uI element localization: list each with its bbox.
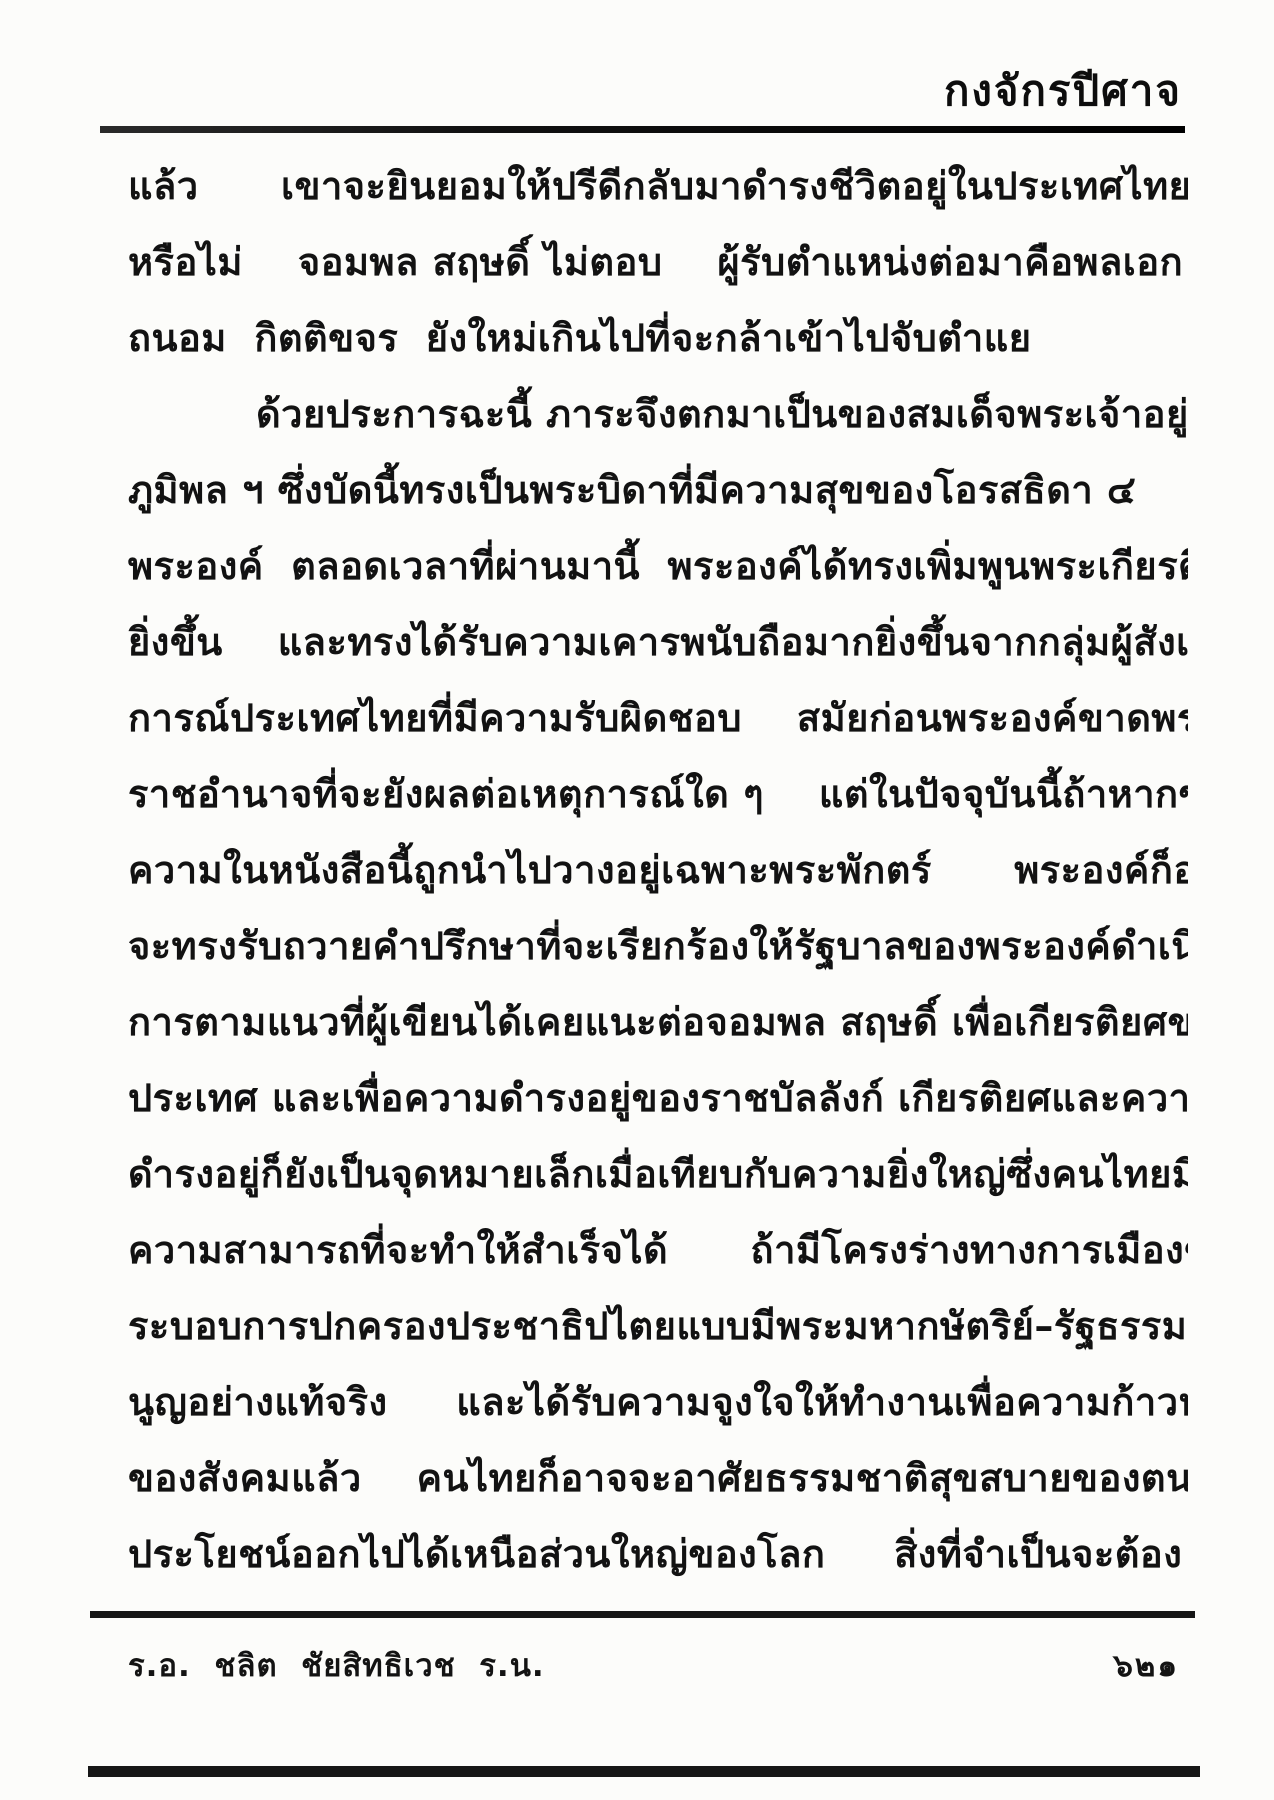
body-line: นูญอย่างแท้จริง และได้รับความจูงใจให้ทำง… [128, 1364, 1188, 1440]
body-line: การตามแนวที่ผู้เขียนได้เคยแนะต่อจอมพล สฤ… [128, 984, 1188, 1060]
body-line: ราชอำนาจที่จะยังผลต่อเหตุการณ์ใด ๆ แต่ใน… [128, 756, 1188, 832]
body-line: ความสามารถที่จะทำให้สำเร็จได้ ถ้ามีโครงร… [128, 1212, 1188, 1288]
body-line: การณ์ประเทศไทยที่มีความรับผิดชอบ สมัยก่อ… [128, 680, 1188, 756]
body-line: ระบอบการปกครองประชาธิปไตยแบบมีพระมหากษัต… [128, 1288, 1188, 1364]
body-line: ของสังคมแล้ว คนไทยก็อาจจะอาศัยธรรมชาติสุ… [128, 1440, 1188, 1516]
body-line: แล้ว เขาจะยินยอมให้ปรีดีกลับมาดำรงชีวิตอ… [128, 148, 1188, 224]
body-line-paragraph-start: ด้วยประการฉะนี้ ภาระจึงตกมาเป็นของสมเด็จ… [128, 376, 1188, 452]
body-line: ภูมิพล ฯ ซึ่งบัดนี้ทรงเป็นพระบิดาที่มีคว… [128, 452, 1188, 528]
footer-page-number: ๖๒๑ [1113, 1640, 1179, 1690]
header-divider-rule [100, 126, 1185, 133]
body-line: พระองค์ ตลอดเวลาที่ผ่านมานี้ พระองค์ได้ท… [128, 528, 1188, 604]
scanned-book-page: กงจักรปีศาจ แล้ว เขาจะยินยอมให้ปรีดีกลับ… [0, 0, 1274, 1800]
body-line: ประเทศ และเพื่อความดำรงอยู่ของราชบัลลังก… [128, 1060, 1188, 1136]
body-line: ถนอม กิตติขจร ยังใหม่เกินไปที่จะกล้าเข้า… [128, 300, 1188, 376]
body-text-block: แล้ว เขาจะยินยอมให้ปรีดีกลับมาดำรงชีวิตอ… [128, 148, 1188, 1592]
body-line: ประโยชน์ออกไปได้เหนือส่วนใหญ่ของโลก สิ่ง… [128, 1516, 1188, 1592]
body-line: หรือไม่ จอมพล สฤษดิ์ ไม่ตอบ ผู้รับตำแหน่… [128, 224, 1188, 300]
page-header-title: กงจักรปีศาจ [944, 58, 1182, 124]
body-line: ดำรงอยู่ก็ยังเป็นจุดหมายเล็กเมื่อเทียบกั… [128, 1136, 1188, 1212]
body-line: ยิ่งขึ้น และทรงได้รับความเคารพนับถือมากย… [128, 604, 1188, 680]
page-footer: ร.อ. ชลิต ชัยสิทธิเวช ร.น. ๖๒๑ [128, 1640, 1179, 1690]
bottom-edge-rule [88, 1766, 1200, 1777]
footer-divider-rule [90, 1611, 1195, 1618]
footer-author-credit: ร.อ. ชลิต ชัยสิทธิเวช ร.น. [128, 1640, 545, 1690]
body-line: ความในหนังสือนี้ถูกนำไปวางอยู่เฉพาะพระพั… [128, 832, 1188, 908]
body-line: จะทรงรับถวายคำปรึกษาที่จะเรียกร้องให้รัฐ… [128, 908, 1188, 984]
